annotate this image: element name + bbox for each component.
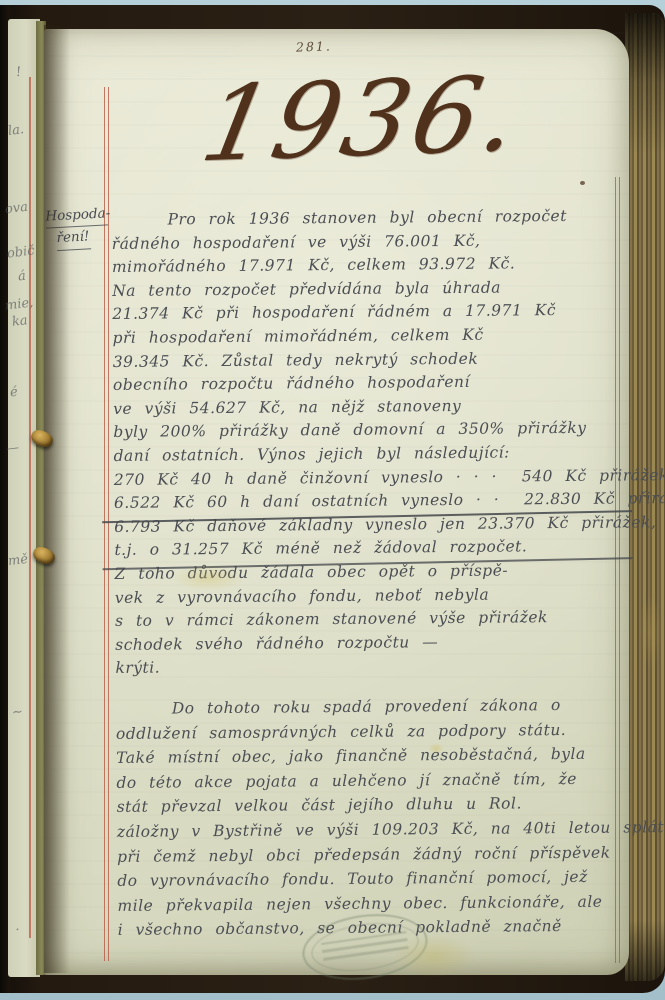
handwritten-line: do této akce pojata a ulehčeno jí značně… — [116, 766, 632, 795]
facing-page-margin-rule — [29, 77, 31, 938]
handwritten-text-layer: Pro rok 1936 stanoven byl obecní rozpoče… — [40, 26, 633, 977]
handwritten-line: krýti. — [115, 653, 631, 681]
chronicle-book: 281. 1936. Hospoda- ření! Pro rok 1936 s… — [0, 5, 665, 993]
paragraph-debt-relief: Do tohoto roku spadá provedení zákona oo… — [116, 692, 634, 942]
chronicle-page: 281. 1936. Hospoda- ření! Pro rok 1936 s… — [44, 29, 629, 975]
handwritten-line: byly 200% přirážky daně domovní a 350% p… — [113, 417, 629, 445]
handwritten-line: 21.374 Kč při hospodaření řádném a 17.97… — [112, 299, 628, 327]
paragraph-budget: Pro rok 1936 stanoven byl obecní rozpoče… — [111, 204, 631, 680]
handwritten-line: Pro rok 1936 stanoven byl obecní rozpoče… — [111, 204, 627, 232]
photo-background: 281. 1936. Hospoda- ření! Pro rok 1936 s… — [0, 0, 665, 1000]
